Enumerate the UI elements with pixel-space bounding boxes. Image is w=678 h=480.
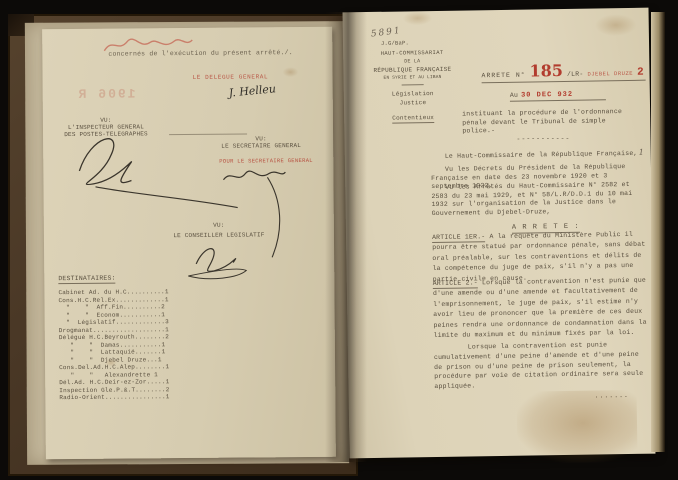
letterhead-line: RÉPUBLIQUE FRANÇAISE (357, 65, 467, 74)
stain (403, 11, 433, 25)
pencil-ref-number: 5891 (370, 26, 402, 40)
continuation-dots: ....... (595, 392, 629, 400)
closing-paragraph: Lorsque la contravention est punie cumul… (434, 340, 651, 392)
counsel-title: LE CONSEILLER LEGISLATIF (154, 231, 284, 239)
service-line: Législation (358, 89, 468, 98)
article-2-label: ARTICLE 2.- (433, 279, 478, 289)
margin-mark: 1 (639, 148, 644, 157)
paragraph-haut-commissaire: Le Haut-Commissaire de la République Fra… (431, 150, 647, 162)
arrete-stamp-number: 2 (637, 67, 644, 79)
right-page: 5891 J.G/BaP. HAUT-COMMISSARIAT DE LA RÉ… (343, 8, 656, 459)
arrete-stamp: DJEBEL DRUZE (587, 70, 633, 78)
date-stamp: 30 DEC 932 (521, 91, 573, 100)
service-line: Justice (358, 98, 468, 107)
letterhead-line: EN SYRIE ET AU LIBAN (358, 74, 468, 81)
destinataires-block: DESTINATAIRES: Cabinet Ad. du H.C.......… (58, 266, 169, 401)
stain (282, 67, 298, 77)
closing-line: concernés de l'exécution du présent arrê… (108, 49, 293, 58)
letterhead-line: HAUT-COMMISSARIAT (357, 48, 467, 57)
arrete-suffix: /LR- (567, 71, 584, 78)
arrete-label: ARRETE N° (481, 72, 525, 80)
paragraph-vu-arretes: Vu les Arrêtés du Haut-Commissaire N° 25… (431, 181, 648, 219)
separator-dashes: ----------- (516, 135, 570, 143)
arrete-number: 185 (529, 61, 563, 81)
destinataire-line: Radio-Orient................1 (59, 393, 169, 401)
date-prefix: Au (510, 92, 518, 99)
arrete-number-line: ARRETE N° 185 /LR- DJEBEL DRUZE 2 (481, 60, 645, 84)
vu-label: VU: (154, 221, 284, 229)
letterhead-line: DE LA (357, 57, 467, 65)
for-secretary-stamp: POUR LE SECRETAIRE GENERAL (219, 157, 313, 165)
article-2: ARTICLE 2.- Lorsque la contravention n'e… (433, 276, 650, 342)
letterhead: HAUT-COMMISSARIAT DE LA RÉPUBLIQUE FRANÇ… (357, 48, 468, 125)
left-page: concernés de l'exécution du présent arrê… (42, 27, 336, 460)
stain (516, 390, 637, 464)
signature-helleu: J. Helleu (228, 82, 276, 99)
destinataires-heading: DESTINATAIRES: (58, 275, 115, 285)
signature-counsel (182, 241, 254, 282)
service-line: Contentieux (392, 114, 434, 124)
stain (595, 14, 637, 37)
date-line: Au 30 DEC 932 (510, 90, 606, 102)
article-1-label: ARTICLE 1ER.- (432, 233, 485, 243)
letterhead-rule (402, 84, 424, 85)
ref-code: J.G/BaP. (381, 39, 409, 46)
delegate-general-stamp: LE DELEGUE GENERAL (193, 73, 269, 81)
page-fore-edge (651, 12, 665, 452)
subject-line: instituant la procédure de l'ordonnance … (462, 108, 640, 136)
scanned-register-photo: { "left_page": { "closing_line": "concer… (0, 0, 678, 480)
bleedthrough-stamp: 1906 R (77, 86, 136, 102)
secretary-title: LE SECRETAIRE GENERAL (201, 142, 321, 150)
